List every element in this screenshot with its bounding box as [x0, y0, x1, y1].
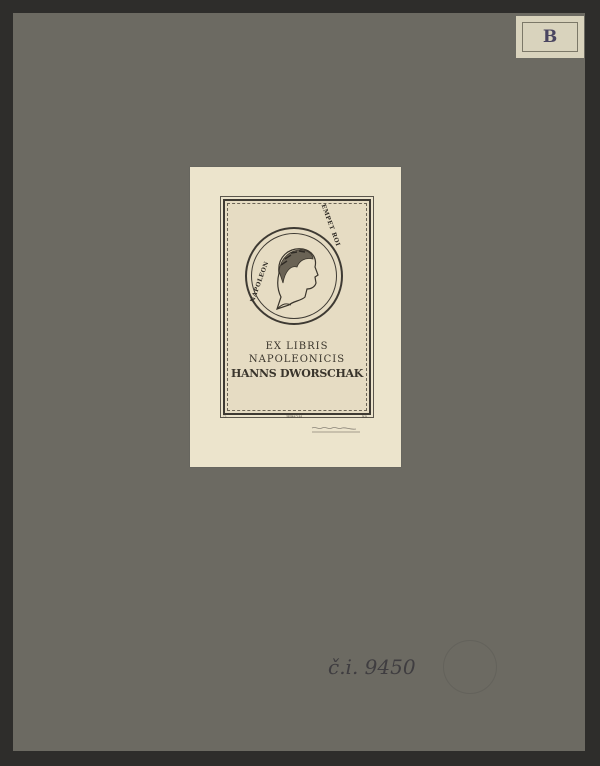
napoleon-medallion: NAPOLEON EMPET ROI — [245, 227, 343, 325]
owner-name: HANNS DWORSCHAK — [225, 367, 369, 380]
ex-libris-line: EX LIBRIS — [225, 341, 369, 352]
faint-stamp-icon — [443, 640, 497, 694]
laureate-head-icon — [271, 243, 323, 313]
inventory-number: č.i. 9450 — [328, 655, 416, 679]
plate-mark-right: ƧƧ — [362, 414, 367, 419]
artist-signature-icon — [310, 424, 362, 434]
plate-mark-center: ƎƎɄƆИ — [286, 414, 302, 419]
catalog-tag-label: B — [522, 22, 578, 52]
medal-legend-right: EMPET ROI — [319, 203, 341, 247]
plate-margin-text: '2 ƎƎɄƆИ ƧƧ — [223, 414, 367, 419]
plate-mark-left: '2 — [223, 414, 227, 419]
medal-legend-left: NAPOLEON — [249, 260, 270, 303]
bookplate-frame: NAPOLEON EMPET ROI EX LIBRIS NAPOLEONICI… — [223, 199, 371, 415]
bookplate-card: NAPOLEON EMPET ROI EX LIBRIS NAPOLEONICI… — [190, 167, 401, 467]
napoleonicis-line: NAPOLEONICIS — [225, 354, 369, 365]
catalog-tag: B — [516, 16, 584, 58]
